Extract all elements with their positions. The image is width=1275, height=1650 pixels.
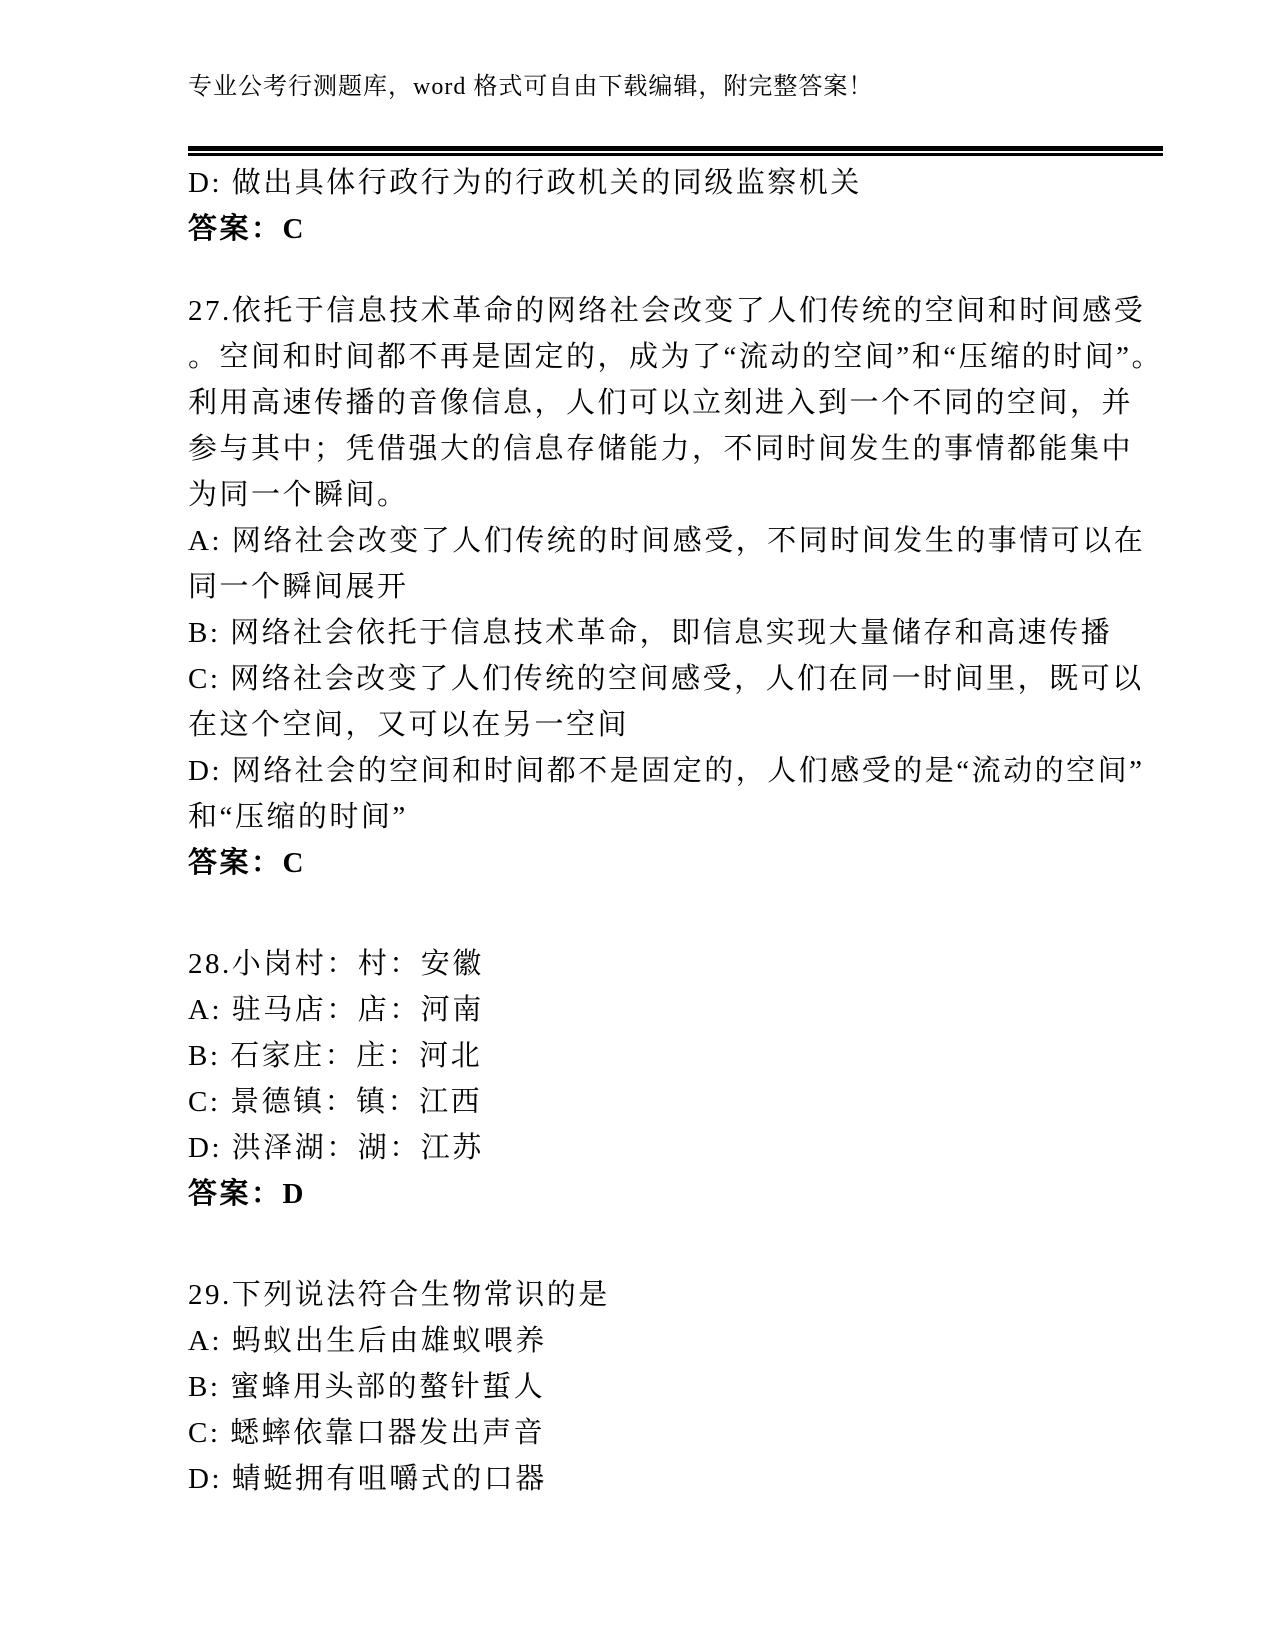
page-header: 专业公考行测题库，word 格式可自由下载编辑，附完整答案！ — [188, 0, 1163, 102]
question-29-block: 29.下列说法符合生物常识的是 A: 蚂蚁出生后由雄蚁喂养 B: 蜜蜂用头部的螯… — [188, 1272, 1163, 1502]
question-stem: 27.依托于信息技术革命的网络社会改变了人们传统的空间和时间感受。空间和时间都不… — [188, 288, 1163, 518]
document-content: 专业公考行测题库，word 格式可自由下载编辑，附完整答案！ D: 做出具体行政… — [188, 0, 1163, 1502]
question-number: 27. — [188, 295, 232, 327]
header-divider — [188, 146, 1163, 156]
question-number: 28. — [188, 948, 232, 980]
option-a-line: A: 网络社会改变了人们传统的时间感受，不同时间发生的事情可以在同一个瞬间展开 — [188, 518, 1163, 610]
answer-value: C — [283, 213, 306, 245]
answer-label: 答案： — [188, 213, 283, 245]
option-b-line: B: 石家庄：庄：河北 — [188, 1033, 1163, 1079]
option-d-line: D: 网络社会的空间和时间都不是固定的，人们感受的是“流动的空间”和“压缩的时间… — [188, 748, 1163, 840]
answer-line: 答案：C — [188, 840, 1163, 886]
option-c-line: C: 网络社会改变了人们传统的空间感受，人们在同一时间里，既可以在这个空间，又可… — [188, 656, 1163, 748]
question-27-block: 27.依托于信息技术革命的网络社会改变了人们传统的空间和时间感受。空间和时间都不… — [188, 288, 1163, 886]
answer-line: 答案：D — [188, 1171, 1163, 1217]
option-d-line: D: 蜻蜓拥有咀嚼式的口器 — [188, 1456, 1163, 1502]
option-c-line: C: 蟋蟀依靠口器发出声音 — [188, 1410, 1163, 1456]
answer-value: C — [283, 847, 306, 879]
option-b-line: B: 蜜蜂用头部的螯针蜇人 — [188, 1364, 1163, 1410]
option-d-line: D: 洪泽湖：湖：江苏 — [188, 1125, 1163, 1171]
document-page: 专业公考行测题库，word 格式可自由下载编辑，附完整答案！ D: 做出具体行政… — [0, 0, 1275, 1650]
question-number: 29. — [188, 1279, 232, 1311]
question-stem-text: 小岗村：村：安徽 — [232, 948, 484, 980]
answer-line: 答案：C — [188, 206, 1163, 252]
question-stem-text: 依托于信息技术革命的网络社会改变了人们传统的空间和时间感受。空间和时间都不再是固… — [188, 295, 1163, 511]
answer-label: 答案： — [188, 847, 283, 879]
option-c-line: C: 景德镇：镇：江西 — [188, 1079, 1163, 1125]
question-stem-text: 下列说法符合生物常识的是 — [232, 1279, 610, 1311]
option-a-line: A: 驻马店：店：河南 — [188, 987, 1163, 1033]
question-28-block: 28.小岗村：村：安徽 A: 驻马店：店：河南 B: 石家庄：庄：河北 C: 景… — [188, 941, 1163, 1217]
option-d-line: D: 做出具体行政行为的行政机关的同级监察机关 — [188, 160, 1163, 206]
option-b-line: B: 网络社会依托于信息技术革命，即信息实现大量储存和高速传播 — [188, 610, 1163, 656]
question-stem: 29.下列说法符合生物常识的是 — [188, 1272, 1163, 1318]
answer-label: 答案： — [188, 1178, 283, 1210]
answer-value: D — [283, 1178, 306, 1210]
option-a-line: A: 蚂蚁出生后由雄蚁喂养 — [188, 1318, 1163, 1364]
question-stem: 28.小岗村：村：安徽 — [188, 941, 1163, 987]
previous-question-fragment: D: 做出具体行政行为的行政机关的同级监察机关 答案：C — [188, 160, 1163, 252]
